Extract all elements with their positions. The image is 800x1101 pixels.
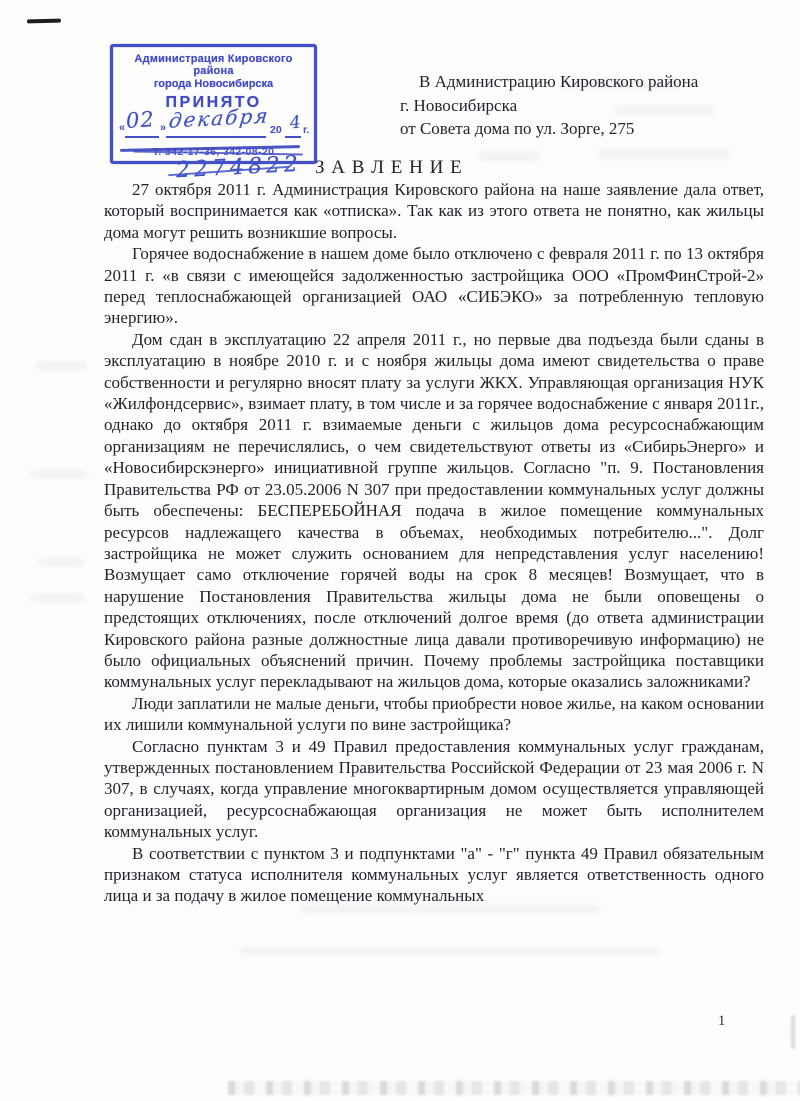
paragraph-2: Горячее водоснабжение в нашем доме было … <box>104 243 764 329</box>
scan-artifact <box>30 470 88 478</box>
scan-bottom-band <box>228 1081 800 1095</box>
scan-artifact <box>36 362 86 370</box>
stamp-year-printed: 20 <box>270 124 282 136</box>
stamp-quote-close: » <box>160 122 166 134</box>
stamp-handwritten-day: 02 <box>125 107 155 133</box>
paragraph-1: 27 октября 2011 г. Администрация Кировск… <box>104 179 764 243</box>
document-title: З А В Л Е Н И Е <box>315 157 463 179</box>
paragraph-5: Согласно пунктам 3 и 49 Правил предостав… <box>104 736 764 843</box>
stamp-quote-open: « <box>119 122 125 134</box>
scan-artifact <box>478 152 540 161</box>
scan-corner-mark <box>27 19 61 24</box>
page-number: 1 <box>718 1013 725 1030</box>
paragraph-4: Люди заплатили не малые деньги, чтобы пр… <box>104 693 764 736</box>
stamp-handwritten-year: 4 <box>289 112 302 133</box>
stamp-date-underline <box>285 136 301 138</box>
reception-stamp: Администрация Кировского района города Н… <box>110 44 317 164</box>
paragraph-3: Дом сдан в эксплуатацию 22 апреля 2011 г… <box>104 329 764 693</box>
recipient-line2: г. Новосибирска <box>400 94 740 118</box>
stamp-date-line: « 02 » декабря 20 4 г. <box>119 113 308 143</box>
stamp-date-underline <box>125 136 159 138</box>
stamp-handwritten-month: декабря <box>168 103 271 132</box>
recipient-block: В Администрацию Кировского района г. Нов… <box>400 70 740 141</box>
stamp-org-line1: Администрация Кировского района <box>113 53 314 77</box>
scan-artifact <box>240 947 660 955</box>
scan-artifact <box>30 594 85 602</box>
recipient-line1: В Администрацию Кировского района <box>400 70 740 94</box>
scan-artifact <box>598 149 730 159</box>
scanned-document-page: Администрация Кировского района города Н… <box>0 0 800 1101</box>
stamp-date-underline <box>166 136 266 138</box>
paragraph-6: В соответствии с пунктом 3 и подпунктами… <box>104 843 764 907</box>
stamp-year-suffix: г. <box>303 124 309 136</box>
recipient-line3: от Совета дома по ул. Зорге, 275 <box>400 117 740 141</box>
document-body: 27 октября 2011 г. Администрация Кировск… <box>104 179 764 907</box>
scan-edge-mark <box>791 1015 795 1049</box>
stamp-org-line2: города Новосибирска <box>113 78 314 90</box>
scan-artifact <box>38 558 84 566</box>
